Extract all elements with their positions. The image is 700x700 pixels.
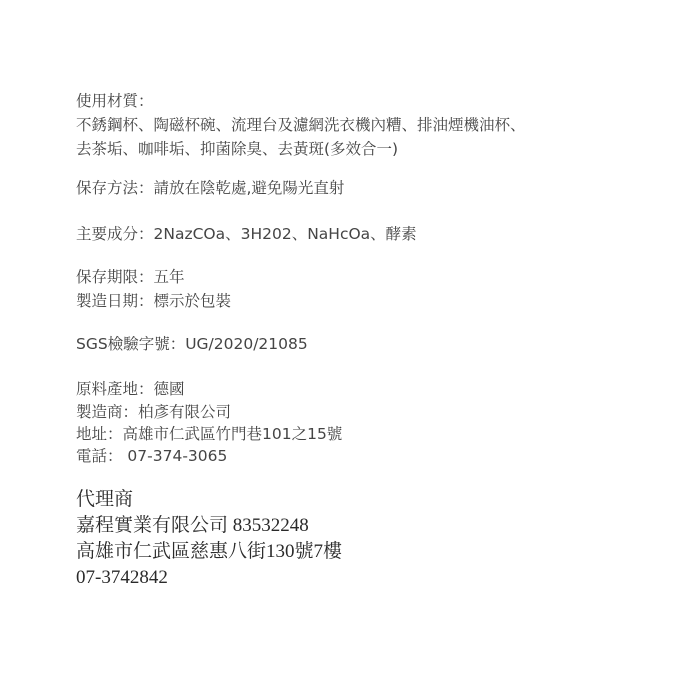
agent-phone: 07-3742842 [76, 565, 168, 591]
storage-method: 保存方法：請放在陰乾處,避免陽光直射 [76, 177, 344, 199]
manufacturer-phone: 電話： 07-374-3065 [76, 445, 227, 467]
manufacture-date: 製造日期：標示於包裝 [76, 290, 231, 312]
origin: 原料產地：德國 [76, 378, 185, 400]
sgs-number: SGS檢驗字號：UG/2020/21085 [76, 333, 308, 355]
agent-title: 代理商 [76, 487, 133, 513]
agent-address: 高雄市仁武區慈惠八街130號7樓 [76, 539, 342, 565]
manufacturer: 製造商：柏彥有限公司 [76, 401, 231, 423]
materials-line-2: 去茶垢、咖啡垢、抑菌除臭、去黃斑(多效合一) [76, 138, 398, 160]
materials-label: 使用材質： [76, 90, 154, 112]
manufacturer-address: 地址：高雄市仁武區竹門巷101之15號 [76, 423, 342, 445]
main-ingredients: 主要成分：2NazCOa、3H202、NaHcOa、酵素 [76, 223, 417, 245]
agent-company: 嘉程實業有限公司 83532248 [76, 513, 309, 539]
materials-line-1: 不銹鋼杯、陶磁杯碗、流理台及濾網洗衣機內糟、排油煙機油杯、 [76, 114, 526, 136]
shelf-life: 保存期限：五年 [76, 266, 185, 288]
